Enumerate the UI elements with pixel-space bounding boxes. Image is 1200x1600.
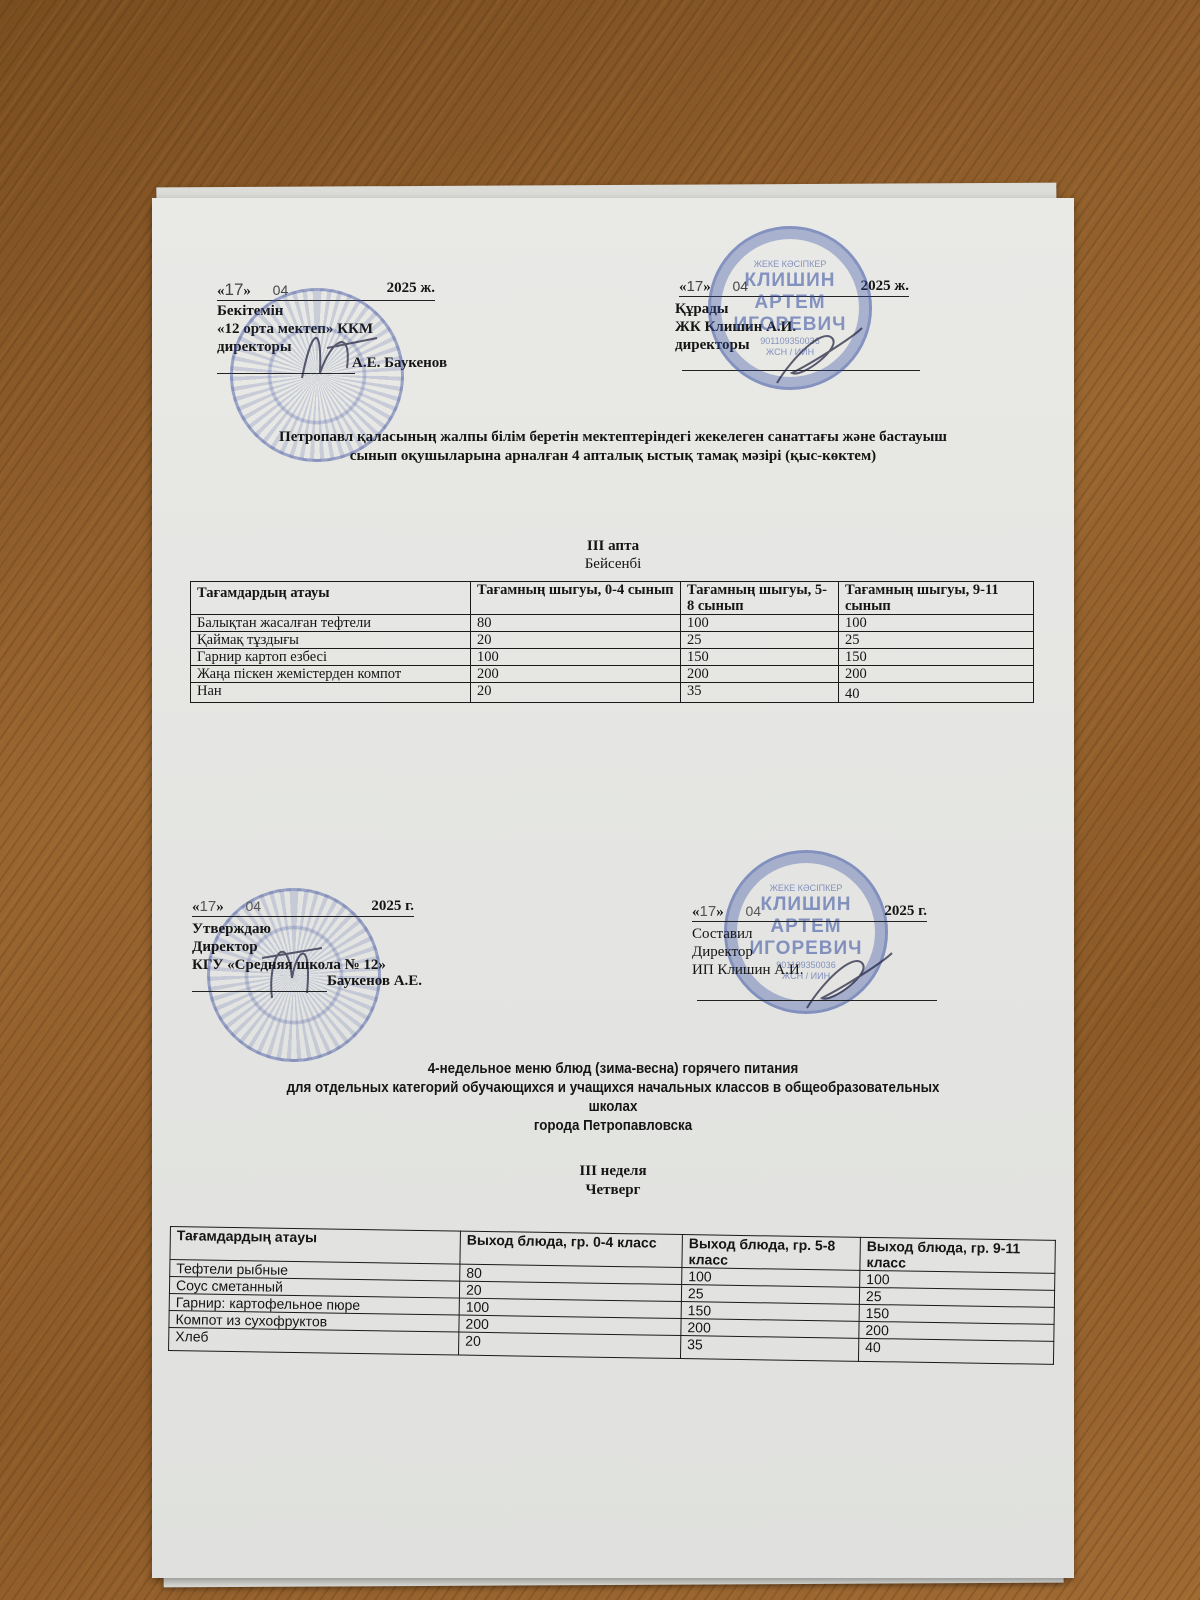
table-row: Гарнир картоп езбесі 100 150 150 xyxy=(191,649,1034,666)
kz-menu-table: Тағамдардың атауы Тағамның шыгуы, 0-4 сы… xyxy=(190,581,1034,703)
dish-name: Қаймақ тұздығы xyxy=(191,632,471,649)
signature-icon xyxy=(792,943,902,1018)
portion-5-8: 25 xyxy=(681,632,839,649)
kz-day-label: Бейсенбі xyxy=(152,556,1074,573)
kz-title-line-2: сынып оқушыларына арналған 4 апталық ыст… xyxy=(152,447,1074,466)
portion-9-11: 40 xyxy=(858,1338,1053,1364)
portion-5-8: 150 xyxy=(681,649,839,666)
ru-right-date-line: «17» 04 2025 г. xyxy=(692,903,927,922)
portion-9-11: 25 xyxy=(839,632,1034,649)
kz-right-line-role: директоры xyxy=(675,336,796,354)
document-page: «17» 04 2025 ж. Бекітемін «12 орта мекте… xyxy=(152,198,1074,1578)
portion-9-11: 150 xyxy=(839,649,1034,666)
ru-right-signature-line xyxy=(697,1000,937,1001)
kz-right-signature-line xyxy=(682,370,920,371)
ru-header-0-4: Выход блюда, гр. 0-4 класс xyxy=(460,1231,682,1267)
portion-5-8: 200 xyxy=(681,1319,859,1339)
kz-header-0-4: Тағамның шыгуы, 0-4 сынып xyxy=(471,582,681,615)
kz-document-title: Петропавл қаласының жалпы білім беретін … xyxy=(152,428,1074,466)
kz-left-date-day: 17 xyxy=(225,280,244,299)
portion-0-4: 20 xyxy=(459,1332,681,1358)
kz-header-5-8: Тағамның шыгуы, 5-8 сынып xyxy=(681,582,839,615)
portion-5-8: 150 xyxy=(681,1302,859,1322)
kz-right-date-day: 17 xyxy=(687,278,704,295)
ru-title-line-4: города Петропавловска xyxy=(189,1117,1037,1136)
portion-0-4: 100 xyxy=(471,649,681,666)
ru-header-5-8: Выход блюда, гр. 5-8 класс xyxy=(682,1235,860,1271)
portion-5-8: 200 xyxy=(681,666,839,683)
ru-left-line-role: Директор xyxy=(192,938,386,956)
portion-5-8: 35 xyxy=(681,683,839,703)
ru-right-line-made: Составил xyxy=(692,925,803,943)
kz-right-date-year: 2025 ж. xyxy=(861,278,909,295)
kz-left-signer: А.Е. Баукенов xyxy=(352,355,447,372)
portion-0-4: 20 xyxy=(471,683,681,703)
table-row: Балықтан жасалған тефтели 80 100 100 xyxy=(191,615,1034,632)
ru-left-date-line: «17» 04 2025 г. xyxy=(192,898,414,917)
kz-left-date-year: 2025 ж. xyxy=(387,280,435,297)
ru-left-date-year: 2025 г. xyxy=(371,898,414,915)
kz-right-approval: Құрады ЖК Клишин А.И. директоры xyxy=(675,300,796,354)
kz-right-line-made: Құрады xyxy=(675,300,796,318)
ru-right-line-role: Директор xyxy=(692,943,803,961)
dish-name: Гарнир картоп езбесі xyxy=(191,649,471,666)
kz-left-date-month: 04 xyxy=(273,282,289,298)
portion-9-11: 100 xyxy=(839,615,1034,632)
portion-5-8: 100 xyxy=(681,615,839,632)
portion-0-4: 80 xyxy=(471,615,681,632)
ru-left-date-day: 17 xyxy=(200,898,217,915)
portion-5-8: 100 xyxy=(682,1268,860,1288)
dish-name: Жаңа піскен жемістерден компот xyxy=(191,666,471,683)
kz-header-dish: Тағамдардың атауы xyxy=(191,582,471,615)
ru-left-line-org: КГУ «Средняя школа № 12» xyxy=(192,956,386,974)
ru-right-date-day: 17 xyxy=(700,903,717,920)
ru-title-line-1: 4-недельное меню блюд (зима-весна) горяч… xyxy=(189,1060,1037,1079)
kz-left-approval: Бекітемін «12 орта мектеп» ККМ директоры xyxy=(217,302,373,356)
ru-left-signature-line xyxy=(192,991,327,992)
ru-left-line-approve: Утверждаю xyxy=(192,920,386,938)
portion-0-4: 200 xyxy=(471,666,681,683)
kz-header-9-11: Тағамның шыгуы, 9-11 сынып xyxy=(839,582,1034,615)
ru-right-date-year: 2025 г. xyxy=(884,903,927,920)
ru-menu-table: Тағамдардың атауы Выход блюда, гр. 0-4 к… xyxy=(168,1226,1056,1365)
kz-title-line-1: Петропавл қаласының жалпы білім беретін … xyxy=(152,428,1074,447)
kz-right-line-org: ЖК Клишин А.И. xyxy=(675,318,796,336)
ru-week-label: III неделя xyxy=(152,1163,1074,1180)
ru-header-9-11: Выход блюда, гр. 9-11 класс xyxy=(860,1237,1055,1273)
kz-left-line-approve: Бекітемін xyxy=(217,302,373,320)
table-row: Нан 20 35 40 xyxy=(191,683,1034,703)
stamp-top-text: ЖЕКЕ КӘСІПКЕР xyxy=(770,883,843,894)
kz-left-signature-line xyxy=(217,373,355,374)
kz-left-line-role: директоры xyxy=(217,338,373,356)
ru-right-approval: Составил Директор ИП Клишин А.И. xyxy=(692,925,803,979)
ru-header-dish: Тағамдардың атауы xyxy=(170,1227,460,1265)
ru-left-signer: Баукенов А.Е. xyxy=(327,973,422,990)
ru-left-approval: Утверждаю Директор КГУ «Средняя школа № … xyxy=(192,920,386,974)
stamp-top-text: ЖЕКЕ КӘСІПКЕР xyxy=(754,259,827,270)
kz-right-date-month: 04 xyxy=(732,278,748,294)
kz-left-line-org: «12 орта мектеп» ККМ xyxy=(217,320,373,338)
table-row: Қаймақ тұздығы 20 25 25 xyxy=(191,632,1034,649)
portion-5-8: 35 xyxy=(680,1336,858,1362)
dish-name: Балықтан жасалған тефтели xyxy=(191,615,471,632)
ru-right-line-org: ИП Клишин А.И. xyxy=(692,961,803,979)
portion-9-11: 200 xyxy=(839,666,1034,683)
ru-day-label: Четверг xyxy=(152,1182,1074,1199)
ru-title-line-3: школах xyxy=(189,1098,1037,1117)
dish-name: Нан xyxy=(191,683,471,703)
ru-left-date-month: 04 xyxy=(245,898,261,914)
table-header-row: Тағамдардың атауы Тағамның шыгуы, 0-4 сы… xyxy=(191,582,1034,615)
ru-right-date-month: 04 xyxy=(745,903,761,919)
dish-name: Хлеб xyxy=(169,1327,459,1355)
ru-title-line-2: для отдельных категорий обучающихся и уч… xyxy=(189,1079,1037,1098)
portion-0-4: 20 xyxy=(471,632,681,649)
kz-week-label: III апта xyxy=(152,538,1074,555)
kz-right-date-line: «17» 04 2025 ж. xyxy=(679,278,909,297)
kz-left-date-line: «17» 04 2025 ж. xyxy=(217,280,435,301)
table-row: Жаңа піскен жемістерден компот 200 200 2… xyxy=(191,666,1034,683)
ru-document-title: 4-недельное меню блюд (зима-весна) горяч… xyxy=(189,1060,1037,1136)
portion-9-11: 40 xyxy=(839,683,1034,703)
